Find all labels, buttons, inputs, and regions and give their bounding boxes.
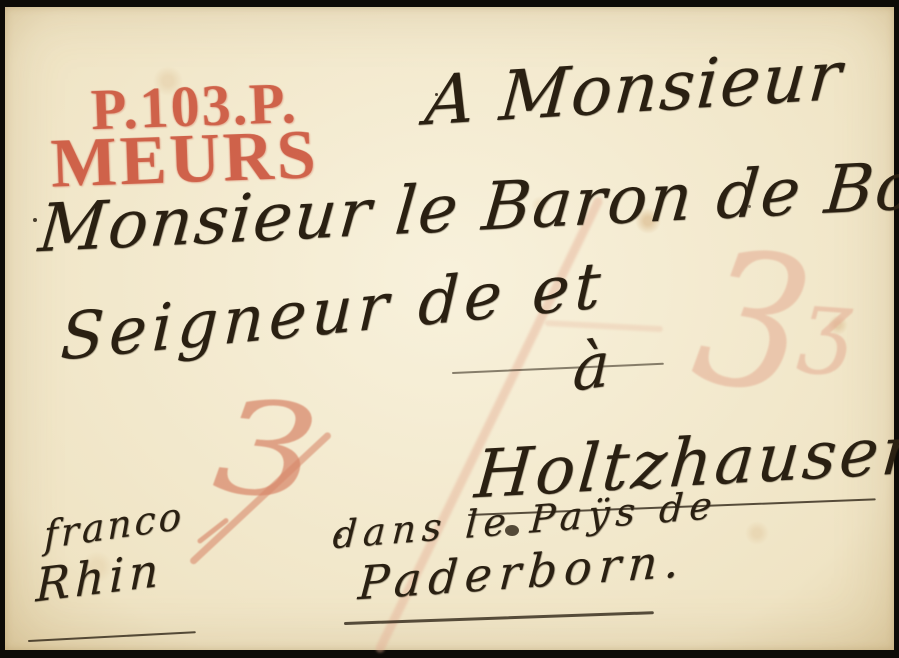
postmark-meurs: P.103.P. MEURS: [48, 79, 319, 193]
ink-speck: [336, 534, 342, 539]
ink-speck: [748, 205, 751, 208]
ink-blot: [505, 525, 519, 536]
ink-speck: [435, 93, 438, 96]
crayon-rate-half: ʒ: [798, 276, 856, 371]
photo-frame: 3 3 ʒ P.103.P. MEURS A Monsieur Monsieur…: [0, 0, 899, 658]
ink-speck: [33, 218, 37, 222]
